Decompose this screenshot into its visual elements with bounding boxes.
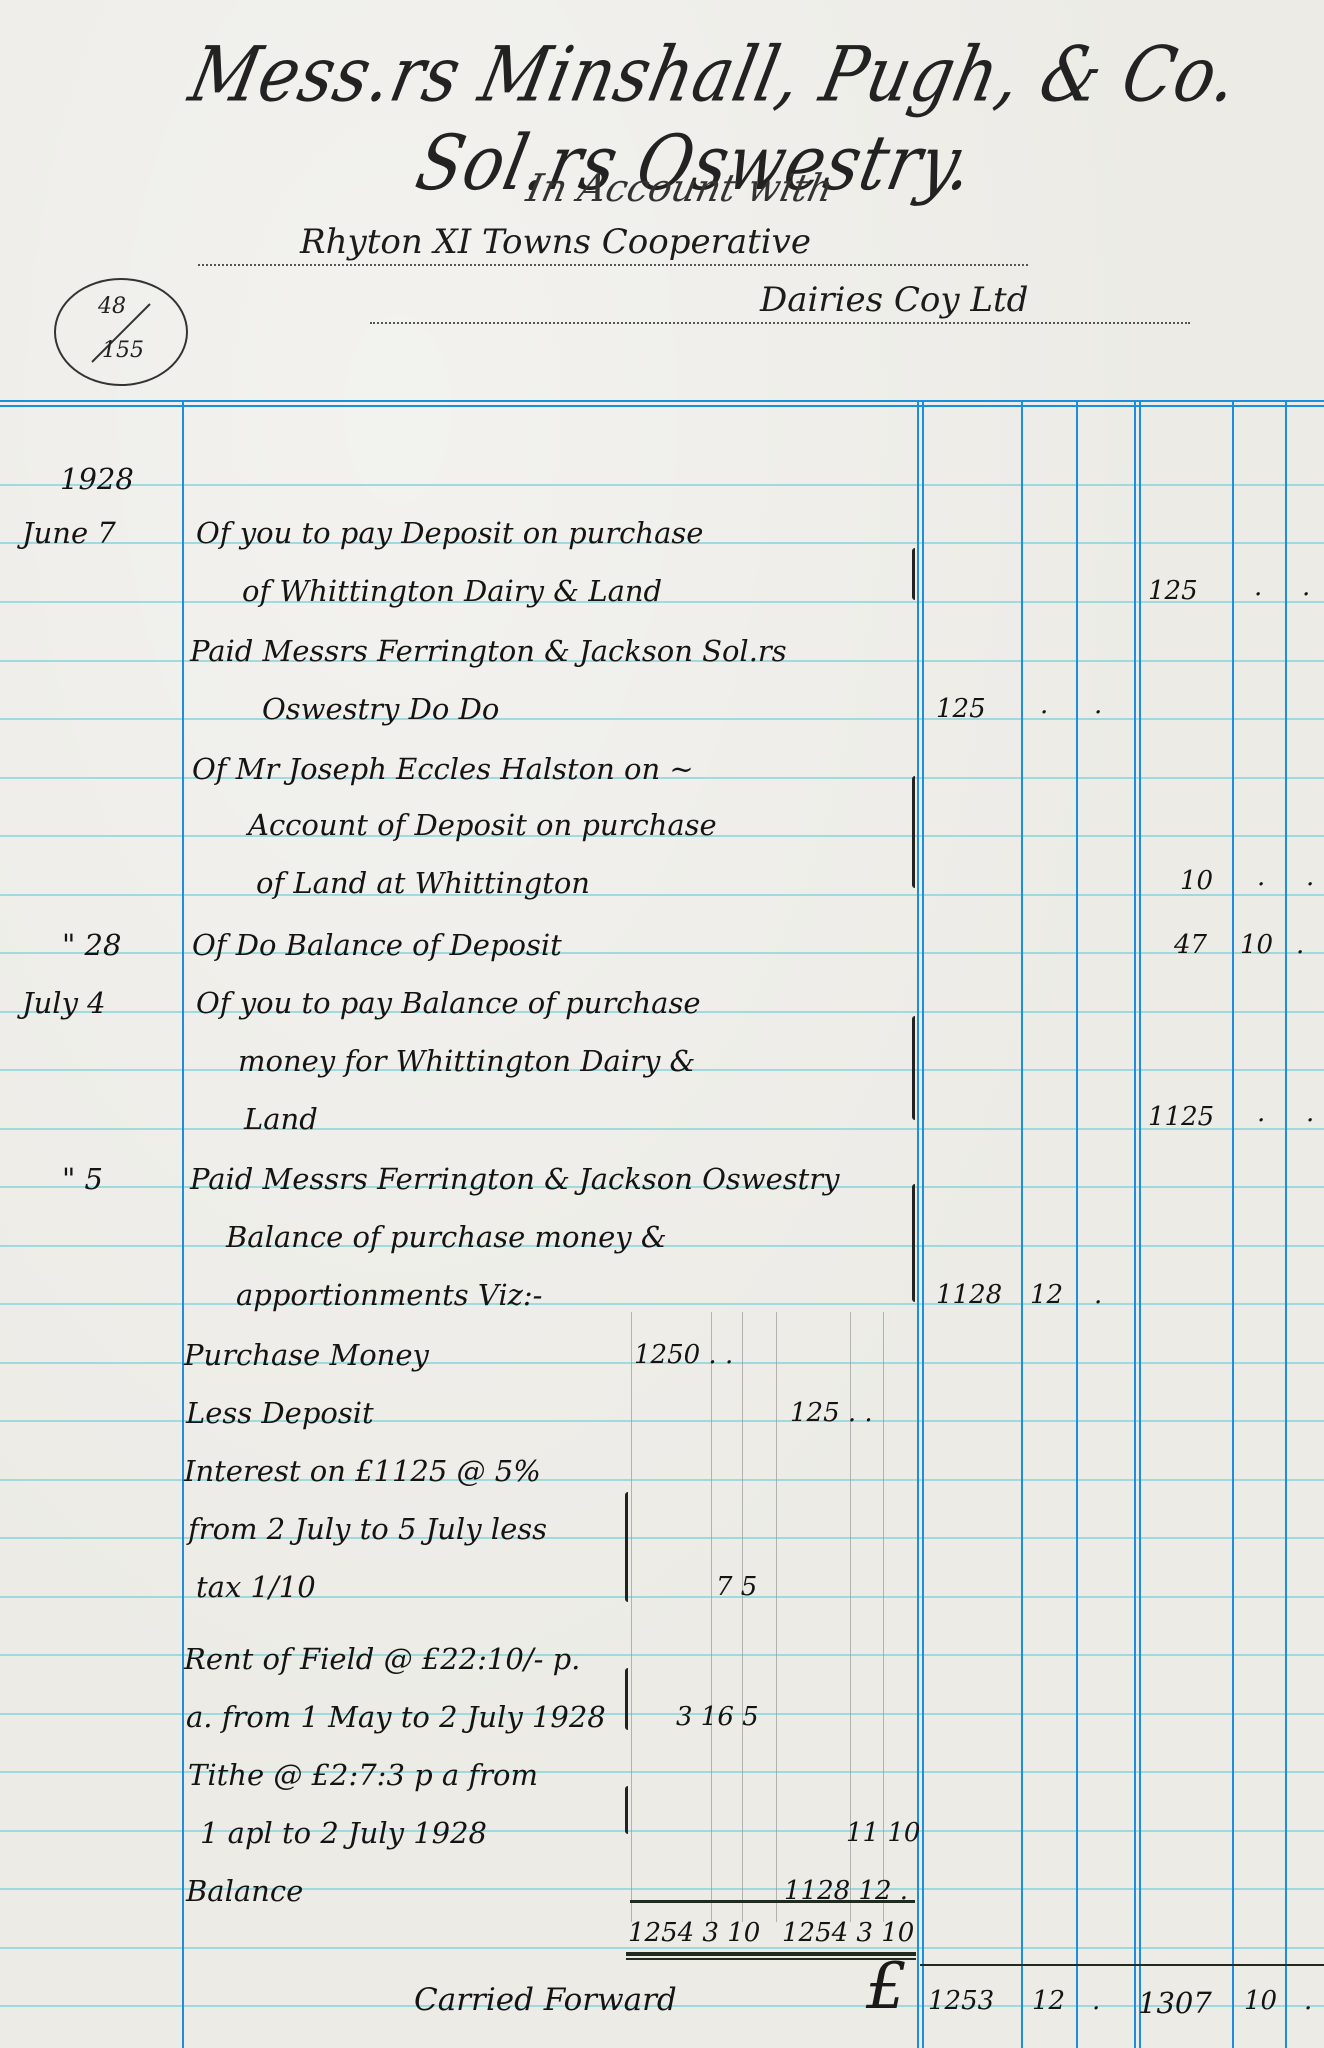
brace-mark (912, 1184, 919, 1302)
entry-text: Account of Deposit on purchase (248, 808, 717, 842)
pound-sign: £ (866, 1950, 907, 2024)
carried-forward-label: Carried Forward (414, 1982, 677, 2018)
credit-pence: . (1306, 862, 1314, 892)
credit-pence: . (1302, 572, 1310, 602)
account-party-line-2: Dairies Coy Ltd (760, 280, 1028, 320)
folio-stamp: 48 155 (54, 278, 188, 386)
apportionment-text: Interest on £1125 @ 5% (184, 1454, 541, 1488)
in-account-with: In Account with (445, 166, 914, 210)
apportionment-text: Less Deposit (186, 1396, 374, 1430)
ledger-year: 1928 (60, 462, 134, 496)
credit-column-rule (1134, 400, 1136, 2048)
date-margin-rule (182, 400, 184, 2048)
entry-date: " 5 (62, 1162, 103, 1196)
top-rule (0, 405, 1324, 407)
debit-shillings: 12 (1030, 1280, 1063, 1310)
debit-pence: . (1094, 690, 1102, 720)
row-rule (0, 1128, 1324, 1130)
entry-text: money for Whittington Dairy & (238, 1044, 695, 1078)
apportionment-text: a. from 1 May to 2 July 1928 (186, 1700, 606, 1734)
entry-text: of Land at Whittington (256, 866, 590, 900)
carried-debit-pounds: 1253 (928, 1986, 994, 2016)
dotted-line (370, 322, 1190, 324)
row-rule (0, 1830, 1324, 1832)
pencil-rule (742, 1312, 743, 1922)
account-party-line-1: Rhyton XI Towns Cooperative (300, 222, 811, 262)
apportionment-total-col2: 1254 3 10 (782, 1918, 914, 1948)
carried-debit-shillings: 12 (1032, 1986, 1065, 2016)
credit-shillings: . (1257, 1098, 1265, 1128)
row-rule (0, 718, 1324, 720)
credit-shillings: 10 (1240, 930, 1273, 960)
debit-pence: . (1094, 1280, 1102, 1310)
debit-pounds: 1128 (936, 1280, 1002, 1310)
apportionment-text: from 2 July to 5 July less (188, 1512, 547, 1546)
apportionment-col1: 3 16 5 (676, 1702, 759, 1732)
apportionment-text: Rent of Field @ £22:10/- p. (184, 1642, 580, 1676)
carried-debit-pence: . (1092, 1986, 1100, 2016)
apportionment-text: Purchase Money (184, 1338, 429, 1372)
entry-text: of Whittington Dairy & Land (242, 574, 662, 608)
entry-text: Paid Messrs Ferrington & Jackson Oswestr… (190, 1162, 840, 1196)
apportionment-col1: 7 5 (716, 1572, 757, 1602)
credit-pounds: 1125 (1148, 1102, 1214, 1132)
stamp-denominator: 155 (102, 338, 144, 363)
apportionment-text: 1 apl to 2 July 1928 (200, 1816, 487, 1850)
carried-forward-rule (920, 1964, 1324, 1966)
dotted-line (198, 264, 1028, 266)
credit-pounds: 47 (1174, 930, 1207, 960)
entry-text: Of you to pay Deposit on purchase (196, 516, 703, 550)
credit-pounds: 125 (1148, 576, 1198, 606)
entry-text: Of Mr Joseph Eccles Halston on ~ (192, 752, 694, 786)
ledger-page: Mess.rs Minshall, Pugh, & Co. Sol.rs Osw… (0, 0, 1324, 2048)
entry-text: Of Do Balance of Deposit (192, 928, 562, 962)
credit-shillings: . (1254, 572, 1262, 602)
apportionment-total-col1: 1254 3 10 (628, 1918, 760, 1948)
row-rule (0, 484, 1324, 486)
entry-date: June 7 (22, 516, 116, 550)
row-rule (0, 1303, 1324, 1305)
credit-shillings-rule (1232, 400, 1234, 2048)
brace-mark (912, 776, 919, 888)
apportionment-text: Balance (186, 1874, 303, 1908)
entry-text: Land (244, 1102, 318, 1136)
brace-mark (625, 1492, 632, 1602)
brace-mark (912, 1016, 919, 1120)
row-rule (0, 894, 1324, 896)
credit-pounds: 10 (1180, 866, 1213, 896)
pencil-rule (776, 1312, 777, 1922)
entry-text: Oswestry Do Do (262, 692, 499, 726)
credit-column-rule (1139, 400, 1141, 2048)
stamp-numerator: 48 (98, 294, 126, 319)
entry-date: " 28 (62, 928, 121, 962)
entry-text: Of you to pay Balance of purchase (196, 986, 700, 1020)
debit-pounds: 125 (936, 694, 986, 724)
entry-date: July 4 (22, 986, 106, 1020)
apportionment-text: Tithe @ £2:7:3 p a from (188, 1758, 538, 1792)
pencil-rule (711, 1312, 712, 1922)
carried-credit-pounds: 1307 (1138, 1986, 1212, 2020)
credit-shillings: . (1257, 862, 1265, 892)
brace-mark (625, 1786, 632, 1834)
credit-pence-rule (1285, 400, 1287, 2048)
brace-mark (912, 548, 919, 600)
entry-text: apportionments Viz:- (236, 1278, 542, 1312)
entry-text: Paid Messrs Ferrington & Jackson Sol.rs (190, 634, 787, 668)
apportionment-col2: 125 . . (790, 1398, 873, 1428)
debit-column-rule (922, 400, 924, 2048)
credit-pence: . (1306, 1098, 1314, 1128)
debit-pence-rule (1076, 400, 1078, 2048)
apportionment-col2: 11 10 (846, 1818, 920, 1848)
debit-shillings: . (1040, 690, 1048, 720)
debit-shillings-rule (1021, 400, 1023, 2048)
subtotal-rule (630, 1900, 915, 1903)
apportionment-col1: 1250 . . (634, 1340, 733, 1370)
apportionment-text: tax 1/10 (196, 1570, 316, 1604)
top-rule (0, 400, 1324, 402)
entry-text: Balance of purchase money & (226, 1220, 667, 1254)
brace-mark (625, 1668, 632, 1730)
carried-credit-shillings: 10 (1244, 1986, 1277, 2016)
credit-pence: . (1296, 930, 1304, 960)
carried-credit-pence: . (1304, 1986, 1312, 2016)
